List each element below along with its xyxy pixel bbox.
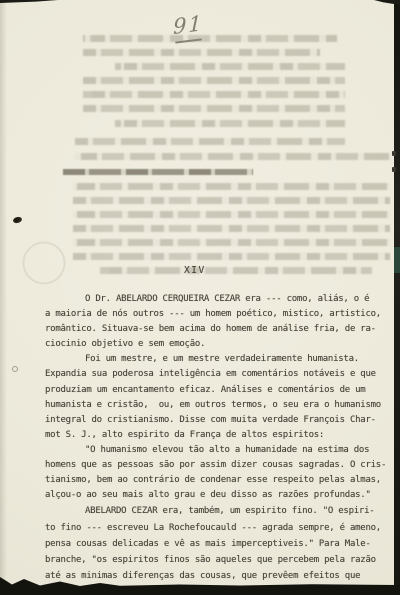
bleed-through-line (83, 35, 337, 42)
text-line: humanista e cristão, ou, em outros termo… (45, 398, 397, 413)
text-line: ABELARDO CEZAR era, também, um espirito … (45, 503, 397, 519)
paragraph: ABELARDO CEZAR era, também, um espirito … (45, 503, 397, 584)
text-line: mot S. J., alto espirito da França de al… (45, 428, 397, 443)
scan-edge-right (394, 0, 400, 595)
bleed-through-line (73, 225, 390, 232)
bleed-through-line (115, 63, 345, 70)
text-line: to fino --- escreveu La Rochefoucauld --… (45, 520, 397, 536)
bleed-through-line (73, 197, 390, 204)
small-speck-mark (12, 366, 18, 372)
edge-notch (392, 167, 396, 172)
bleed-through-line (63, 169, 253, 175)
bleed-through-line (83, 91, 345, 98)
text-line: homens que as pessoas são por assim dize… (45, 458, 397, 473)
scan-edge-tint (394, 247, 400, 273)
text-line: tianismo, bem ao contrário de condenar e… (45, 473, 397, 488)
bleed-through-line (75, 138, 345, 145)
paragraph: Foi um mestre, e um mestre verdadeiramen… (45, 352, 397, 443)
text-line: O Dr. ABELARDO CERQUEIRA CEZAR era --- c… (45, 292, 397, 307)
bleed-through-line (100, 267, 372, 274)
text-line: a maioria de nós outros --- um homem poé… (45, 307, 397, 322)
bleed-through-line (73, 183, 390, 190)
paragraph: "O humanismo elevou tão alto a humanidad… (45, 443, 397, 503)
bleed-through-line (75, 153, 390, 160)
text-line: pensa cousas delicadas e vê as mais impe… (45, 536, 397, 552)
bleed-through-line (115, 120, 345, 127)
ink-blot-mark (12, 216, 22, 224)
text-line: branche, "os espiritos finos são aqueles… (45, 552, 397, 568)
bleed-through-line (73, 239, 390, 246)
text-line: integral do cristianismo. Disse com muit… (45, 413, 397, 428)
text-line: Expandia sua poderosa inteligência em co… (45, 367, 397, 382)
text-line: Foi um mestre, e um mestre verdadeiramen… (45, 352, 397, 367)
text-line: alçou-o ao seu mais alto grau e deu diss… (45, 488, 397, 503)
bleed-through-line (73, 253, 390, 260)
text-line: até as minimas diferenças das cousas, qu… (45, 568, 397, 584)
bleed-through-line (73, 211, 390, 218)
text-line: ciocinio objetivo e sem emoção. (45, 337, 397, 352)
text-line: romântico. Situava-se bem acima do homem… (45, 322, 397, 337)
faint-ring-stain (23, 242, 65, 284)
text-line: produziam um encantamento eficaz. Anális… (45, 383, 397, 398)
page-left-shadow (0, 0, 7, 595)
edge-notch (392, 151, 396, 156)
text-line: "O humanismo elevou tão alto a humanidad… (45, 443, 397, 458)
handwritten-page-number: 91 (173, 11, 204, 39)
scanned-page: 91 XIV O Dr. ABELARDO CERQUEIRA CEZAR er… (0, 0, 400, 595)
typewritten-text: O Dr. ABELARDO CERQUEIRA CEZAR era --- c… (45, 292, 397, 584)
paragraph: O Dr. ABELARDO CERQUEIRA CEZAR era --- c… (45, 292, 397, 352)
chapter-heading: XIV (184, 265, 206, 276)
bleed-through-line (83, 49, 320, 56)
bleed-through-line (83, 105, 345, 112)
bleed-through-line (83, 77, 345, 84)
